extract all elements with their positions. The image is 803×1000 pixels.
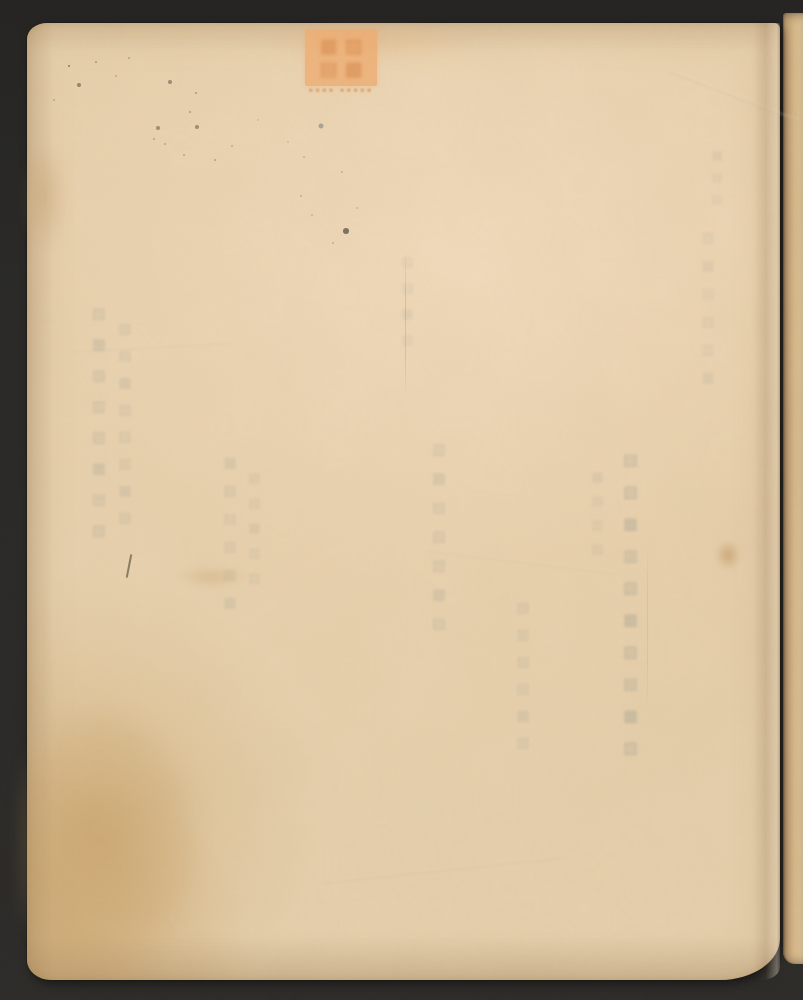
paper-crease [667, 69, 799, 122]
stain-left-edge [21, 141, 69, 253]
bleed-through-column: ▦▤▧ [710, 148, 724, 214]
bleed-through-column: ▤▨▦▥▧▦▨▤▦▧ [621, 450, 640, 770]
foxing-specks [27, 23, 29, 25]
collection-stamp-icon: ▦▨ ▤▩ [305, 29, 377, 86]
bleed-through-column: ▨▤▦▧▤▥▦▨ [117, 321, 133, 537]
book-page: ▦▨ ▤▩ ▪▪▪▪ ▪▪▪▪▪ ▤▦▨▥▧▦▤▨ ▨▤▦▧▤▥▦▨ ▦▧▤▨▥… [27, 23, 780, 980]
bleed-through-column: ▥▦▤▧▨▦▤ [430, 440, 448, 643]
bleed-through-column: ▧▤▦▨ [400, 255, 415, 359]
next-page-edge [783, 13, 803, 964]
paper-crease [324, 855, 563, 883]
bleed-through-column: ▤▦▨▥▧▦▤▨ [90, 304, 108, 552]
stamp-seal-row: ▤▩ [313, 58, 370, 81]
bleed-through-column: ▧▦▤▨▥▦ [700, 230, 716, 398]
hair-mark [126, 554, 133, 578]
bleed-through-column: ▦▤▥▧ [590, 470, 605, 566]
bleed-through-column: ▨▥▧▤▦▨ [515, 600, 531, 762]
stain-bottom-left [19, 661, 249, 991]
stain-right-small [715, 540, 741, 570]
book-scan-background: ▦▨ ▤▩ ▪▪▪▪ ▪▪▪▪▪ ▤▦▨▥▧▦▤▨ ▨▤▦▧▤▥▦▨ ▦▧▤▨▥… [0, 0, 803, 1000]
stamp-caption: ▪▪▪▪ ▪▪▪▪▪ [287, 86, 395, 94]
stamp-seal-row: ▦▨ [313, 35, 370, 58]
paper-crease [426, 548, 615, 574]
bleed-through-column: ▤▨▦▥▧ [247, 471, 262, 596]
bleed-through-rule [647, 543, 648, 713]
bleed-through-column: ▦▧▤▨▥▦ [222, 455, 238, 623]
